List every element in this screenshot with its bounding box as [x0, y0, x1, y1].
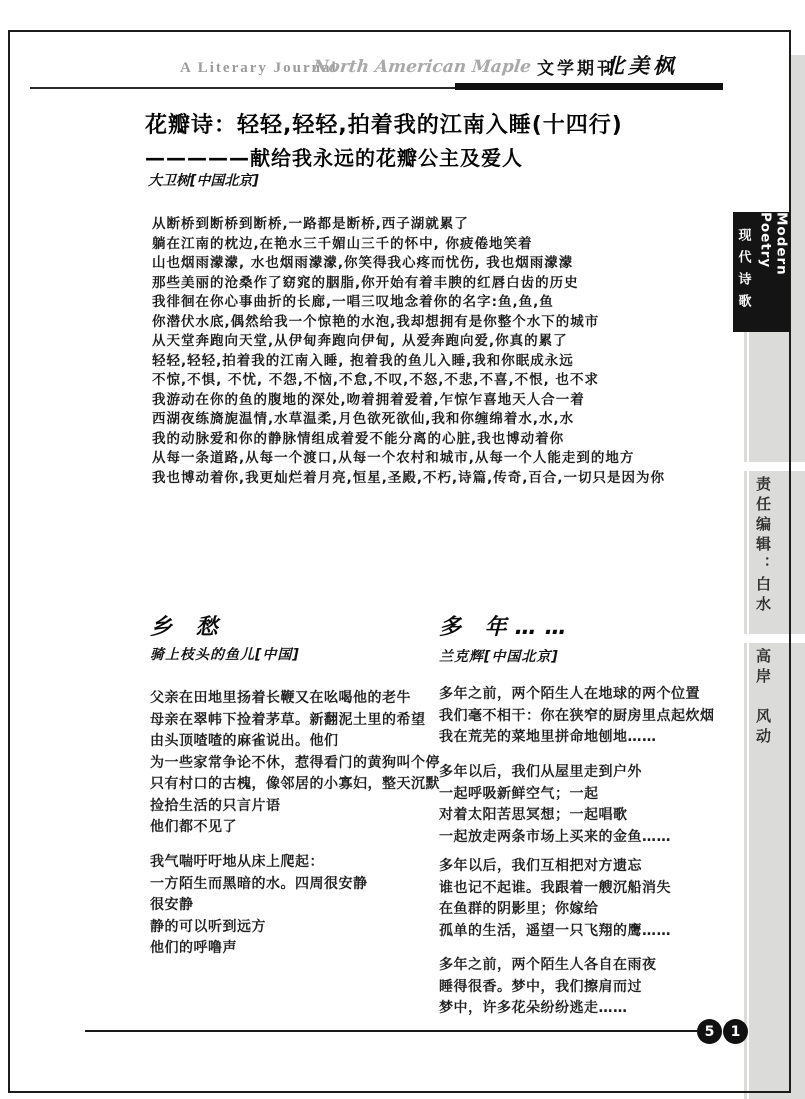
poem-line: 我气喘吁吁地从床上爬起：	[150, 852, 368, 874]
header-rule-thin	[30, 87, 455, 89]
poem-line: 我的动脉爱和你的静脉情组成着爱不能分离的心脏,我也博动着你	[152, 430, 665, 450]
right-poem-title: 多 年……	[439, 610, 575, 641]
poem-line: 轻轻,轻轻,拍着我的江南入睡, 抱着我的鱼儿入睡,我和你眠成永远	[152, 352, 665, 372]
poem-line: 我也博动着你,我更灿烂着月亮,恒星,圣殿,不朽,诗篇,传奇,百合,一切只是因为你	[152, 469, 665, 489]
poem-line: 那些美丽的沧桑作了窈窕的胭脂,你开始有着丰腴的红唇白齿的历史	[152, 274, 665, 294]
editors-label: 责任编辑：	[754, 476, 772, 576]
magazine-title-chinese: 北美枫	[603, 50, 678, 80]
page-number-circle: 5	[697, 1019, 722, 1044]
poem-line: 西湖夜练旖旎温情,水草温柔,月色欲死欲仙,我和你缠绵着水,水,水	[152, 410, 665, 430]
poem-line: 他们都不见了	[150, 817, 440, 839]
poem-line: 不惊,不惧, 不忧, 不怨,不恼,不怠,不叹,不怒,不悲,不喜,不恨, 也不求	[152, 371, 665, 391]
poem-line: 从天堂奔跑向天堂,从伊甸奔跑向伊甸, 从爱奔跑向爱,你真的累了	[152, 332, 665, 352]
poem-line: 我游动在你的鱼的腹地的深处,吻着拥着爱着,乍惊乍喜地天人合一着	[152, 391, 665, 411]
poem-line: 他们的呼噜声	[150, 938, 368, 960]
edge-gap	[744, 462, 805, 471]
left-poem-stanza-1: 父亲在田地里扬着长鞭又在吆喝他的老牛 母亲在翠帏下捡着茅草。新翻泥土里的希望 由…	[150, 688, 440, 839]
right-poem-stanza-4: 多年之前，两个陌生人各自在雨夜 睡得很香。梦中，我们擦肩而过 梦中，许多花朵纷纷…	[439, 955, 657, 1020]
right-poem-author: 兰克辉[中国北京]	[439, 646, 559, 666]
section-tab-label-english: Modern Poetry	[758, 212, 790, 332]
main-poem-dedication: —————献给我永远的花瓣公主及爱人	[145, 142, 523, 171]
section-tab-modern-poetry: 现代诗歌 Modern Poetry	[733, 212, 790, 332]
left-poem-stanza-2: 我气喘吁吁地从床上爬起： 一方陌生而黑暗的水。四周很安静 很安静 静的可以听到远…	[150, 852, 368, 960]
main-poem-author: 大卫树[中国北京]	[148, 170, 259, 190]
poem-line: 捡拾生活的只言片语	[150, 796, 440, 818]
poem-line: 一起呼吸新鲜空气；一起	[439, 784, 671, 806]
poem-line: 静的可以听到远方	[150, 917, 368, 939]
poem-line: 谁也记不起谁。我跟着一艘沉船消失	[439, 878, 671, 900]
poem-line: 多年以后，我们互相把对方遗忘	[439, 856, 671, 878]
right-poem-stanza-3: 多年以后，我们互相把对方遗忘 谁也记不起谁。我跟着一艘沉船消失 在鱼群的阴影里；…	[439, 856, 671, 942]
section-tab-label-chinese: 现代诗歌	[734, 228, 753, 316]
header-rule-thick	[455, 83, 723, 90]
poem-line: 父亲在田地里扬着长鞭又在吆喝他的老牛	[150, 688, 440, 710]
poem-line: 由头顶喳喳的麻雀说出。他们	[150, 731, 440, 753]
poem-line: 只有村口的古槐，像邻居的小寡妇，整天沉默	[150, 774, 440, 796]
editor-name: 高岸	[753, 648, 774, 688]
poem-line: 为一些家常争论不休，惹得看门的黄狗叫个停	[150, 753, 440, 775]
journal-name-script: North American Maple	[312, 57, 532, 77]
poem-line: 从断桥到断桥到断桥,一路都是断桥,西子湖就累了	[152, 215, 665, 235]
poem-line: 我们毫不相干：你在狭窄的厨房里点起炊烟	[439, 706, 715, 728]
poem-line: 多年之前，两个陌生人各自在雨夜	[439, 955, 657, 977]
footer-rule	[85, 1030, 697, 1032]
poem-line: 孤单的生活，遥望一只飞翔的鹰……	[439, 921, 671, 943]
poem-line: 一方陌生而黑暗的水。四周很安静	[150, 874, 368, 896]
editor-name: 白水	[754, 576, 772, 616]
poem-line: 很安静	[150, 895, 368, 917]
page-edge-band-top	[790, 55, 805, 212]
poem-line: 多年以后，我们从屋里走到户外	[439, 762, 671, 784]
main-poem-body: 从断桥到断桥到断桥,一路都是断桥,西子湖就累了 躺在江南的枕边,在艳水三千媚山三…	[152, 215, 665, 488]
poem-line: 我在荒芜的菜地里拼命地刨地……	[439, 727, 715, 749]
editors-block: 责任编辑：白水	[753, 476, 774, 616]
magazine-page: A Literary Journal North American Maple …	[0, 0, 805, 1099]
page-border-frame	[8, 30, 791, 1093]
left-poem-author: 骑上枝头的鱼儿[中国]	[150, 644, 300, 664]
edge-divider-line	[747, 212, 749, 1099]
poem-line: 母亲在翠帏下捡着茅草。新翻泥土里的希望	[150, 710, 440, 732]
poem-line: 山也烟雨濛濛, 水也烟雨濛濛,你笑得我心疼而忧伤, 我也烟雨濛濛	[152, 254, 665, 274]
poem-line: 对着太阳苦思冥想；一起唱歌	[439, 805, 671, 827]
poem-line: 一起放走两条市场上买来的金鱼……	[439, 827, 671, 849]
poem-line: 在鱼群的阴影里；你嫁给	[439, 899, 671, 921]
poem-line: 从每一条道路,从每一个渡口,从每一个农村和城市,从每一个人能走到的地方	[152, 449, 665, 469]
poem-line: 躺在江南的枕边,在艳水三千媚山三千的怀中, 你疲倦地笑着	[152, 235, 665, 255]
main-poem-title: 花瓣诗：轻轻,轻轻,拍着我的江南入睡(十四行)	[145, 108, 623, 139]
editor-name: 风动	[753, 708, 774, 748]
left-poem-title: 乡 愁	[150, 610, 226, 641]
poem-line: 睡得很香。梦中，我们擦肩而过	[439, 977, 657, 999]
poem-line: 我徘徊在你心事曲折的长廊,一唱三叹地念着你的名字:鱼,鱼,鱼	[152, 293, 665, 313]
poem-line: 你潜伏水底,偶然给我一个惊艳的水泡,我却想拥有是你整个水下的城市	[152, 313, 665, 333]
right-poem-stanza-2: 多年以后，我们从屋里走到户外 一起呼吸新鲜空气；一起 对着太阳苦思冥想；一起唱歌…	[439, 762, 671, 848]
edge-gap	[744, 634, 805, 643]
page-number-circle: 1	[723, 1019, 748, 1044]
poem-line: 多年之前，两个陌生人在地球的两个位置	[439, 684, 715, 706]
right-poem-stanza-1: 多年之前，两个陌生人在地球的两个位置 我们毫不相干：你在狭窄的厨房里点起炊烟 我…	[439, 684, 715, 749]
poem-line: 梦中，许多花朵纷纷逃走……	[439, 998, 657, 1020]
